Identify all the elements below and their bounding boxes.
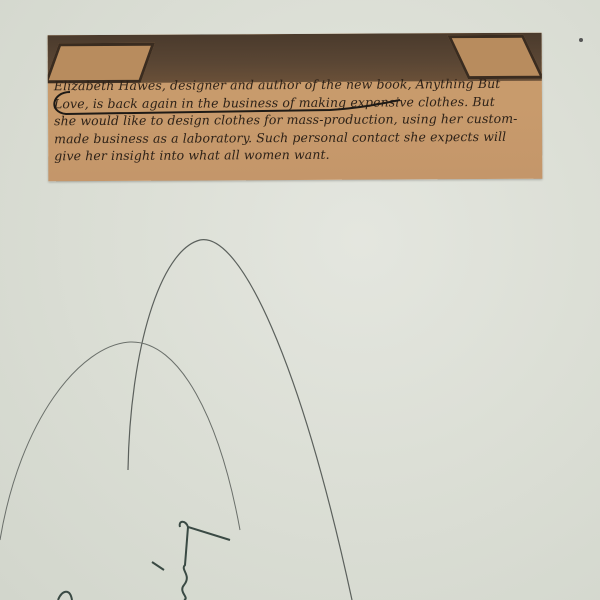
newspaper-clipping: Elizabeth Hawes, designer and author of … — [48, 33, 543, 182]
clipping-line: Elizabeth Hawes, designer and author of … — [54, 75, 536, 95]
clipping-line: she would like to design clothes for mas… — [54, 110, 536, 130]
clipping-text: Elizabeth Hawes, designer and author of … — [54, 75, 536, 165]
banner-graphic-right — [447, 35, 542, 79]
clipping-line: made business as a laboratory. Such pers… — [54, 127, 536, 147]
clipping-line: give her insight into what all women wan… — [54, 145, 536, 165]
